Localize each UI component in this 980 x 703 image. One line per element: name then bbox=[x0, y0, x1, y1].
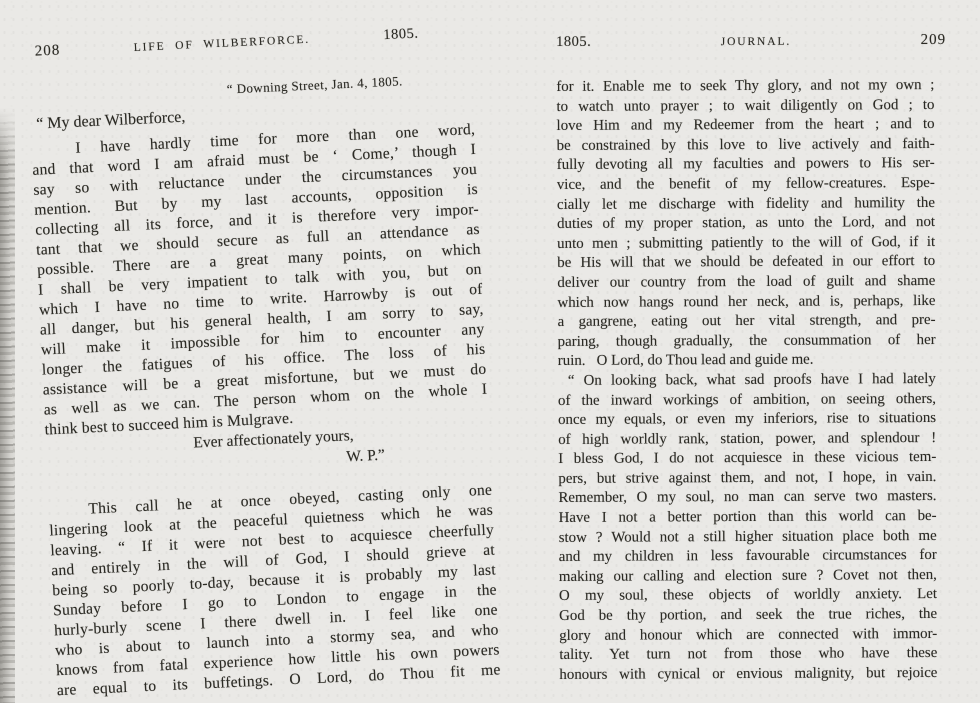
page-right: 1805. JOURNAL. 209 for it. Enable me to … bbox=[546, 22, 961, 686]
journal-body: for it. Enable me to seek Thy glory, and… bbox=[546, 76, 961, 686]
text-line: “ On looking back, what sad proofs have … bbox=[558, 370, 936, 392]
text-line: and my children in less favourable circu… bbox=[559, 546, 937, 568]
page-number-right: 209 bbox=[921, 32, 947, 49]
text-line: for it. Enable me to seek Thy glory, and… bbox=[556, 76, 934, 98]
text-line: deliver our country from the load of gui… bbox=[557, 272, 935, 294]
page-number-left: 208 bbox=[34, 42, 60, 60]
text-line: of high worldly rank, station, power, an… bbox=[558, 429, 936, 451]
text-line: making our calling and election sure ? C… bbox=[559, 566, 937, 588]
text-line: a gangrene, eating out her vital strengt… bbox=[558, 311, 936, 333]
text-line: Have I not a better portion than this wo… bbox=[559, 507, 937, 529]
page-header-left: 208 LIFE OF WILBERFORCE. 1805. bbox=[26, 23, 470, 61]
year-label-left: 1805. bbox=[383, 26, 419, 45]
scan-edge-shadow bbox=[0, 108, 15, 703]
text-line: stow ? Would not a still higher situatio… bbox=[559, 527, 937, 549]
text-line: God be thy portion, and seek the true ri… bbox=[559, 605, 937, 627]
text-line: fully devoting all my faculties and powe… bbox=[557, 154, 935, 176]
text-line: vice, and the benefit of my fellow-creat… bbox=[557, 174, 935, 196]
text-line: which now hangs round her neck, and is, … bbox=[557, 291, 935, 313]
book-scan-spread: 208 LIFE OF WILBERFORCE. 1805. “ Downing… bbox=[0, 0, 980, 703]
text-line: glory and honour which are connected wit… bbox=[559, 625, 937, 647]
text-line: ruin. O Lord, do Thou lead and guide me. bbox=[558, 350, 936, 372]
text-line: be His will that we should be defeated i… bbox=[557, 252, 935, 274]
text-line: paring, though gradually, the consummati… bbox=[558, 331, 936, 353]
text-line: I bless God, I do not acquiesce in these… bbox=[558, 448, 936, 470]
page-left: 208 LIFE OF WILBERFORCE. 1805. “ Downing… bbox=[26, 13, 501, 701]
text-line: unto men ; submitting patiently to the w… bbox=[557, 233, 935, 255]
narrative-body: This call he at once obeyed, casting onl… bbox=[48, 481, 501, 702]
text-line: love Him and my Redeemer from the heart … bbox=[556, 115, 934, 137]
running-title-left: LIFE OF WILBERFORCE. bbox=[60, 30, 384, 57]
text-line: honours with cynical or envious malignit… bbox=[559, 664, 937, 686]
year-label-right: 1805. bbox=[556, 34, 591, 51]
text-line: Remember, O my soul, no man can serve tw… bbox=[558, 487, 936, 509]
text-line: once my equals, or even my inferiors, ri… bbox=[558, 409, 936, 431]
letter-body: I have hardly time for more than one wor… bbox=[31, 120, 489, 441]
text-line: to watch unto prayer ; to wait diligentl… bbox=[556, 96, 934, 118]
text-line: of the inward workings of ambition, on s… bbox=[558, 389, 936, 411]
running-title-right: JOURNAL. bbox=[591, 35, 920, 49]
page-header-right: 1805. JOURNAL. 209 bbox=[546, 32, 958, 51]
text-line: O my soul, these objects of worldly anxi… bbox=[559, 585, 937, 607]
text-line: cially let me discharge with fidelity an… bbox=[557, 194, 935, 216]
text-line: be constrained by this love to live acti… bbox=[557, 135, 935, 157]
text-line: duties of my proper station, as unto the… bbox=[557, 213, 935, 235]
text-line: tality. Yet turn not from those who have… bbox=[559, 644, 937, 666]
text-line: pers, but strive against them, and not, … bbox=[558, 468, 936, 490]
